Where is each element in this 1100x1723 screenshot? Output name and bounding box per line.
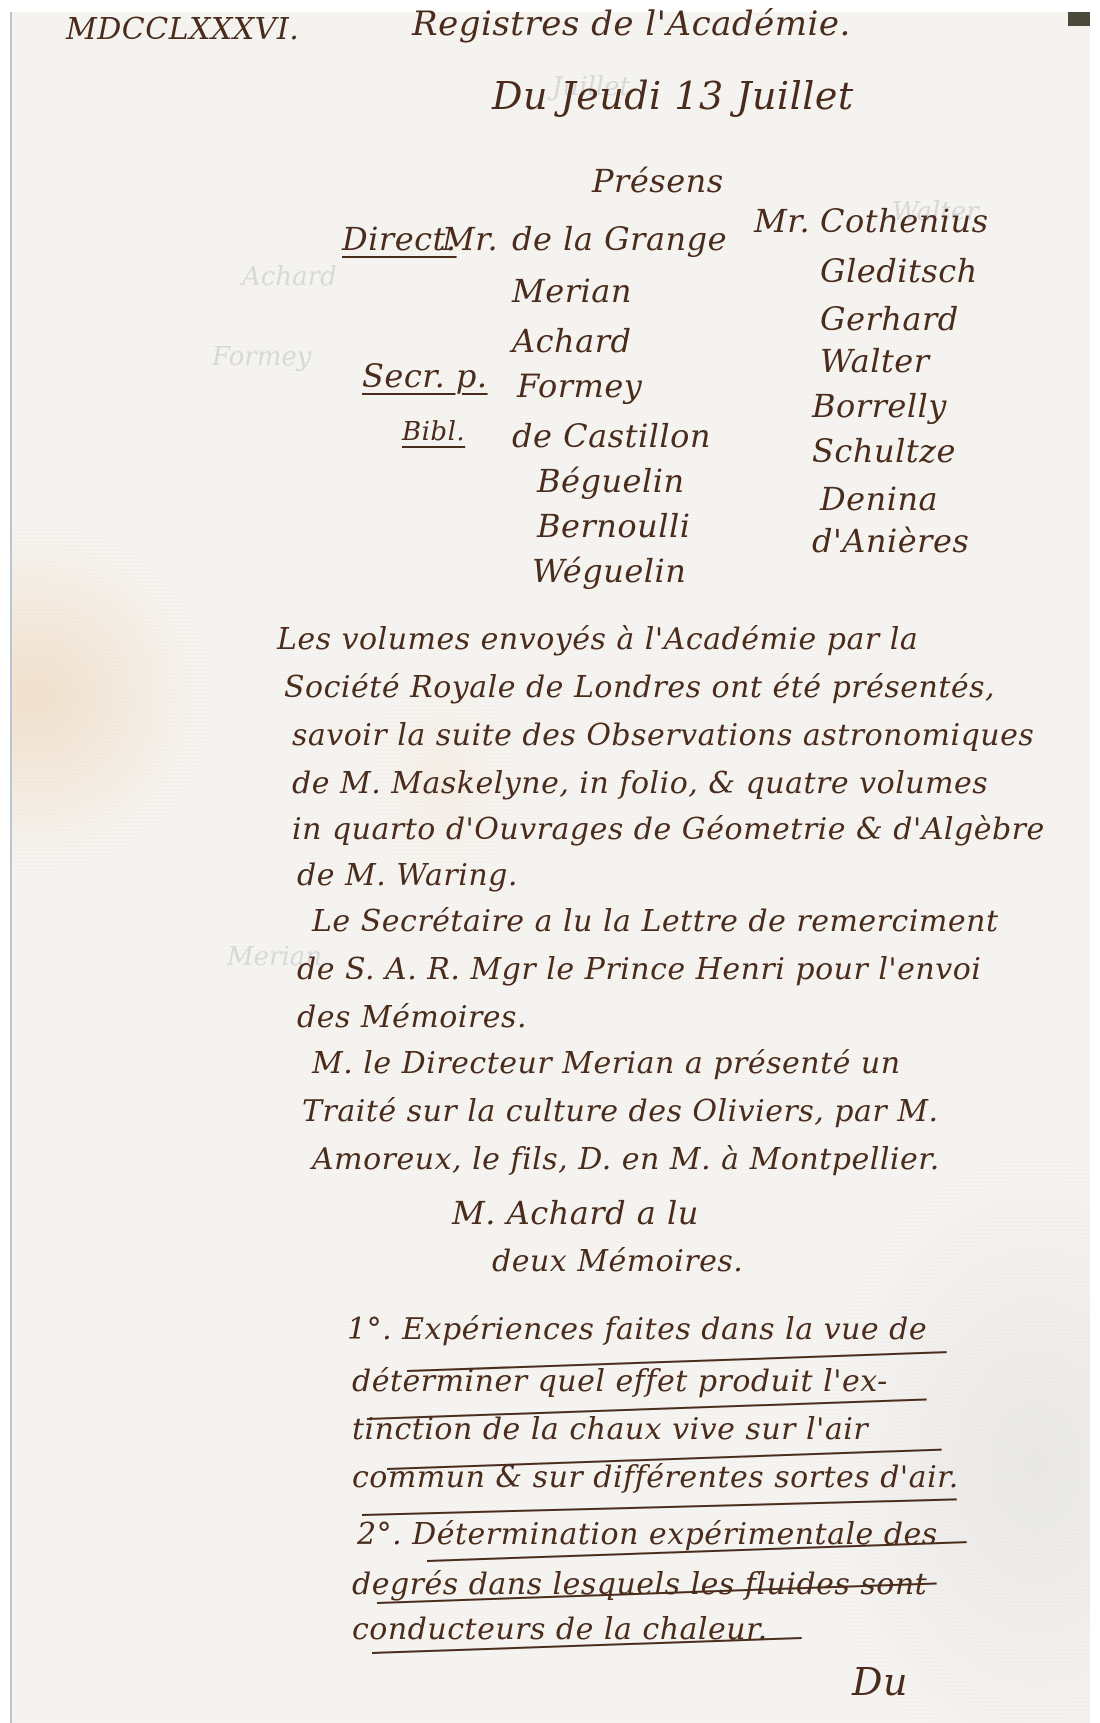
attendance-heading: Présens (592, 162, 724, 200)
minutes-line: Les volumes envoyés à l'Académie par la (277, 622, 918, 657)
member-left: de la Grange (512, 220, 727, 258)
member-left: Merian (512, 272, 632, 310)
memoir-line: degrés dans lesquels les fluides sont (352, 1567, 927, 1602)
year-roman: MDCCLXXXVI. (66, 12, 299, 47)
role-secretary: Secr. p. (362, 357, 488, 395)
minutes-line: des Mémoires. (297, 1000, 527, 1035)
register-title: Registres de l'Académie. (412, 4, 851, 44)
member-right: Gleditsch (820, 252, 978, 290)
minutes-line: Traité sur la culture des Oliviers, par … (302, 1094, 939, 1129)
binding-edge (1068, 12, 1090, 26)
member-right: Borrelly (812, 387, 947, 425)
manuscript-page: Juillet Walter Achard Formey Merian MDCC… (10, 12, 1090, 1723)
member-right: d'Anières (812, 522, 969, 560)
minutes-line: Amoreux, le fils, D. en M. à Montpellier… (312, 1142, 940, 1177)
member-left: Achard (512, 322, 632, 360)
prefix-right: Mr. (754, 202, 810, 240)
minutes-line: de M. Maskelyne, in folio, & quatre volu… (292, 766, 988, 801)
member-right: Schultze (812, 432, 956, 470)
catchword: Du (852, 1660, 908, 1704)
reading-heading: M. Achard a lu (452, 1194, 699, 1232)
minutes-line: de M. Waring. (297, 858, 518, 893)
member-left: de Castillon (512, 417, 711, 455)
member-left: Béguelin (537, 462, 685, 500)
bleedthrough-text: Formey (212, 342, 311, 372)
minutes-line: savoir la suite des Observations astrono… (292, 718, 1034, 753)
member-right: Cothenius (820, 202, 989, 240)
member-left: Wéguelin (532, 552, 686, 590)
minutes-line: in quarto d'Ouvrages de Géometrie & d'Al… (292, 812, 1045, 847)
role-director: Direct. (342, 220, 457, 258)
role-librarian: Bibl. (402, 417, 465, 447)
bleedthrough-text: Achard (242, 262, 337, 292)
minutes-line: M. le Directeur Merian a présenté un (312, 1046, 901, 1081)
minutes-line: Le Secrétaire a lu la Lettre de remercim… (312, 904, 999, 939)
session-date: Du Jeudi 13 Juillet (492, 74, 854, 118)
minutes-line: de S. A. R. Mgr le Prince Henri pour l'e… (297, 952, 981, 987)
member-left: Bernoulli (537, 507, 690, 545)
underline-stroke (362, 1498, 957, 1516)
member-right: Denina (820, 480, 938, 518)
memoir-line: 1°. Expériences faites dans la vue de (347, 1312, 927, 1347)
reading-subheading: deux Mémoires. (492, 1244, 743, 1279)
member-right: Gerhard (820, 300, 959, 338)
minutes-line: Société Royale de Londres ont été présen… (284, 670, 995, 705)
member-left: Formey (517, 367, 642, 405)
prefix-left: Mr. (442, 220, 498, 258)
member-right: Walter (820, 342, 930, 380)
